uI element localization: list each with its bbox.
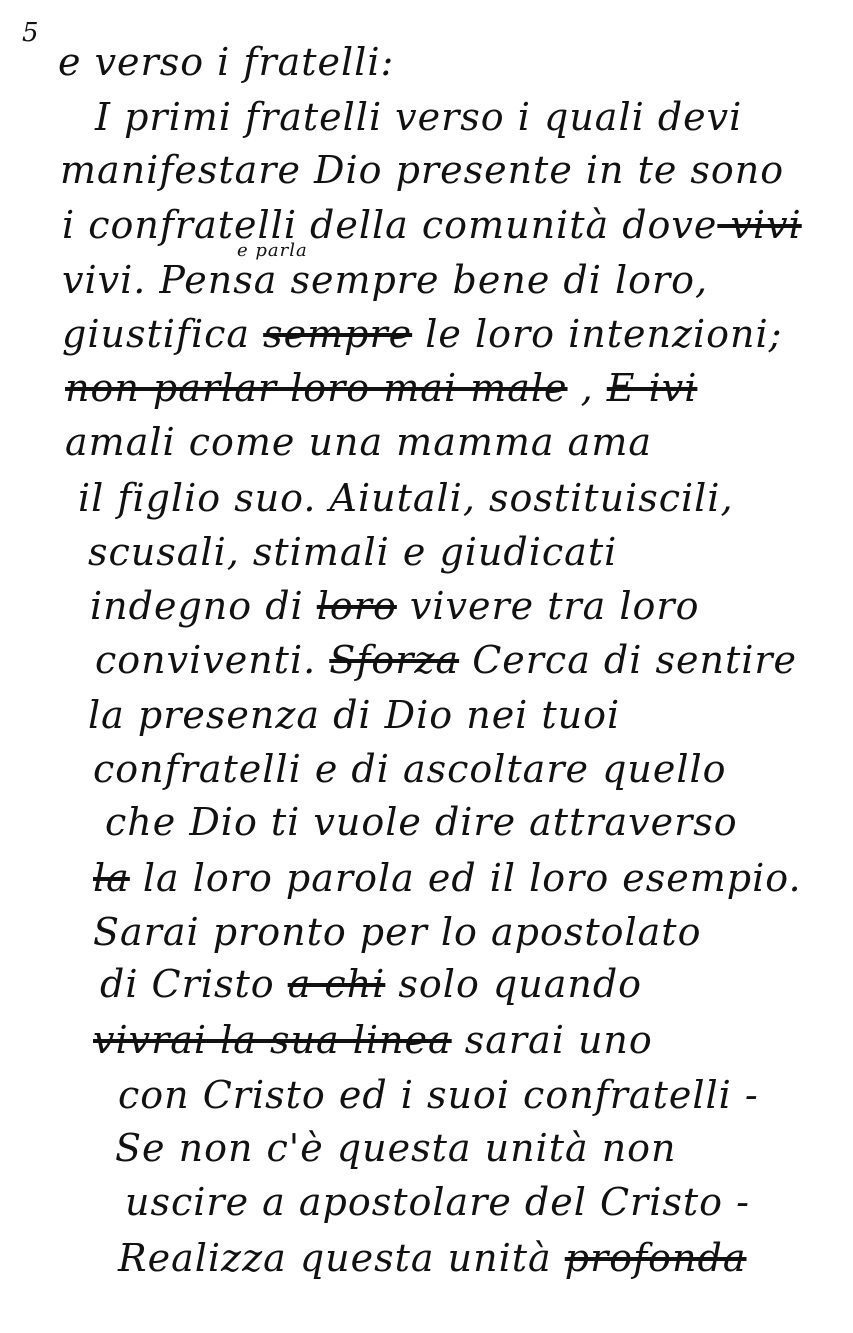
manuscript-line: la la loro parola ed il loro esempio. (93, 856, 802, 900)
manuscript-line: amali come una mamma ama (65, 420, 652, 464)
struck-text: sempre (263, 312, 412, 356)
manuscript-line: vivrai la sua linea sarai uno (93, 1018, 653, 1062)
manuscript-line: che Dio ti vuole dire attraverso (105, 800, 738, 844)
manuscript-line: Sarai pronto per lo apostolato (93, 910, 701, 954)
heading: e verso i fratelli: (58, 40, 394, 84)
manuscript-line: manifestare Dio presente in te sono (60, 148, 784, 192)
line-text: di Cristo (100, 962, 288, 1006)
line-text: le loro intenzioni; (412, 312, 782, 356)
line-text: giustifica (62, 312, 263, 356)
line-text: vivere tra loro (397, 584, 700, 628)
manuscript-line: confratelli e di ascoltare quello (93, 747, 727, 791)
manuscript-line: indegno di loro vivere tra loro (90, 584, 699, 628)
struck-text: profonda (565, 1236, 747, 1280)
line-text: i confratelli della comunità dove (62, 203, 717, 247)
struck-text: vivi (717, 203, 801, 247)
page-number: 5 (22, 18, 39, 48)
manuscript-line: non parlar loro mai male , E ivi (65, 366, 697, 410)
line-text: la presenza di Dio nei tuoi (88, 693, 620, 737)
manuscript-line: Realizza questa unità profonda (118, 1236, 747, 1280)
manuscript-line: vivi. Pensa sempre bene di loro,e parla (62, 258, 708, 302)
manuscript-line: giustifica sempre le loro intenzioni; (62, 312, 782, 356)
line-text: Realizza questa unità (118, 1236, 565, 1280)
line-text: Sarai pronto per lo apostolato (93, 910, 701, 954)
line-text: scusali, stimali e giudicati (88, 530, 617, 574)
heading-text: e verso i fratelli: (58, 40, 394, 84)
struck-text: non parlar loro mai male (65, 366, 568, 410)
struck-text: a chi (288, 962, 386, 1006)
line-text: I primi fratelli verso i quali devi (95, 95, 742, 139)
line-text: il figlio suo. Aiutali, sostituiscili, (78, 476, 734, 520)
line-text: indegno di (90, 584, 317, 628)
line-text: Se non c'è questa unità non (115, 1126, 677, 1170)
line-text: confratelli e di ascoltare quello (93, 747, 727, 791)
manuscript-line: uscire a apostolare del Cristo - (125, 1180, 750, 1224)
manuscript-line: conviventi. Sforza Cerca di sentire (95, 638, 797, 682)
manuscript-line: di Cristo a chi solo quando (100, 962, 642, 1006)
interlinear-insertion: e parla (237, 240, 308, 261)
manuscript-line: I primi fratelli verso i quali devi (95, 95, 742, 139)
line-text: manifestare Dio presente in te sono (60, 148, 784, 192)
line-text: conviventi. (95, 638, 329, 682)
struck-text: vivrai la sua linea (93, 1018, 452, 1062)
struck-text: la (93, 856, 130, 900)
manuscript-line: il figlio suo. Aiutali, sostituiscili, (78, 476, 734, 520)
struck-text: loro (317, 584, 397, 628)
manuscript-line: Se non c'è questa unità non (115, 1126, 677, 1170)
manuscript-line: con Cristo ed i suoi confratelli - (118, 1073, 759, 1117)
manuscript-line: la presenza di Dio nei tuoi (88, 693, 620, 737)
line-text: amali come una mamma ama (65, 420, 652, 464)
line-text: Cerca di sentire (459, 638, 797, 682)
line-text: che Dio ti vuole dire attraverso (105, 800, 738, 844)
line-text: sarai uno (452, 1018, 653, 1062)
struck-text: Sforza (329, 638, 459, 682)
manuscript-line: i confratelli della comunità dove vivi (62, 203, 802, 247)
line-text: , (568, 366, 607, 410)
struck-text: E ivi (607, 366, 698, 410)
line-text: la loro parola ed il loro esempio. (130, 856, 802, 900)
manuscript-page: 5 e verso i fratelli: I primi fratelli v… (0, 0, 853, 1333)
line-text: con Cristo ed i suoi confratelli - (118, 1073, 759, 1117)
line-text: vivi. Pensa sempre bene di loro, (62, 258, 708, 302)
line-text: solo quando (385, 962, 642, 1006)
manuscript-line: scusali, stimali e giudicati (88, 530, 617, 574)
line-text: uscire a apostolare del Cristo - (125, 1180, 750, 1224)
